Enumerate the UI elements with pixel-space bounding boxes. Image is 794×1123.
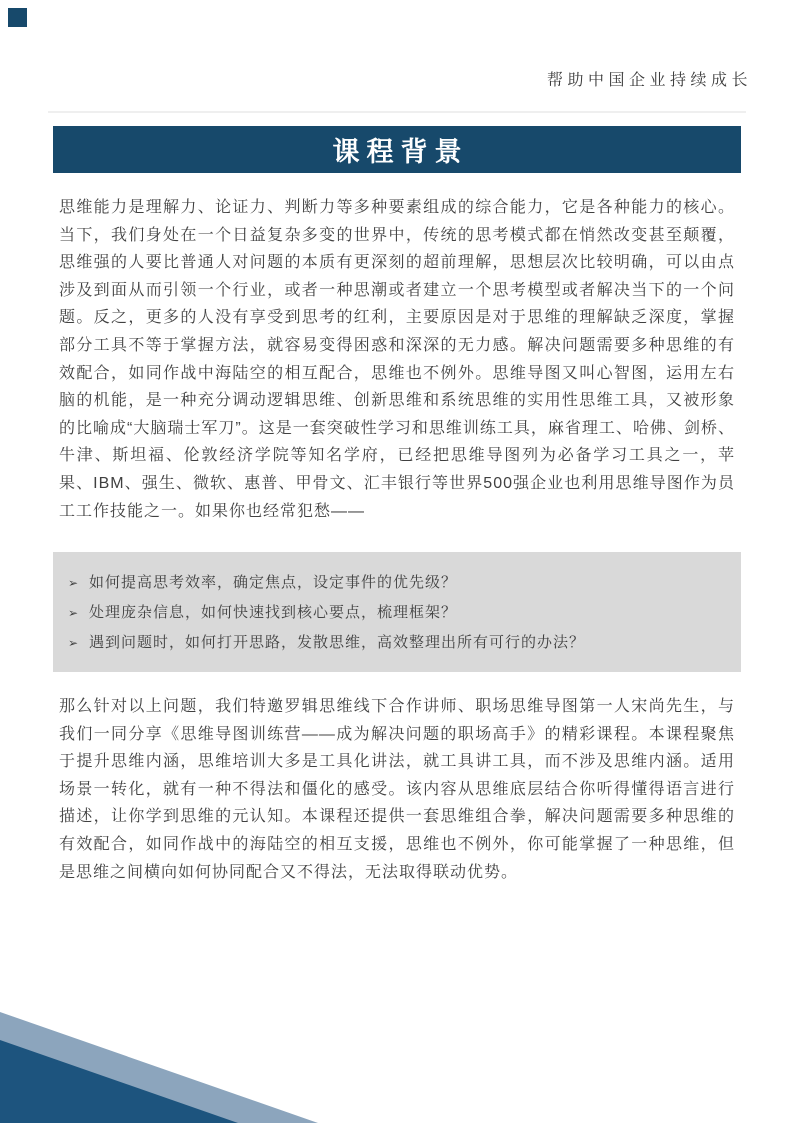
pain-point-row: ➢ 遇到问题时，如何打开思路，发散思维，高效整理出所有可行的办法？	[68, 628, 721, 658]
arrow-bullet-icon: ➢	[68, 598, 89, 628]
document-page: 帮助中国企业持续成长 课程背景 思维能力是理解力、论证力、判断力等多种要素组成的…	[0, 0, 794, 1123]
arrow-bullet-icon: ➢	[68, 628, 89, 658]
closing-paragraph: 那么针对以上问题，我们特邀罗辑思维线下合作讲师、职场思维导图第一人宋尚先生，与我…	[59, 693, 735, 886]
header-divider	[48, 111, 746, 113]
corner-square-decor	[8, 8, 27, 27]
pain-points-panel: ➢ 如何提高思考效率，确定焦点，设定事件的优先级？ ➢ 处理庞杂信息，如何快速找…	[53, 552, 741, 672]
intro-paragraph: 思维能力是理解力、论证力、判断力等多种要素组成的综合能力，它是各种能力的核心。当…	[59, 194, 735, 525]
course-background-banner: 课程背景	[53, 126, 741, 173]
pain-point-row: ➢ 处理庞杂信息，如何快速找到核心要点，梳理框架？	[68, 598, 721, 628]
pain-point-text: 遇到问题时，如何打开思路，发散思维，高效整理出所有可行的办法？	[89, 628, 585, 658]
banner-title: 课程背景	[326, 130, 469, 169]
pain-point-row: ➢ 如何提高思考效率，确定焦点，设定事件的优先级？	[68, 568, 721, 598]
arrow-bullet-icon: ➢	[68, 568, 89, 598]
header-slogan: 帮助中国企业持续成长	[48, 67, 752, 90]
pain-point-text: 处理庞杂信息，如何快速找到核心要点，梳理框架？	[89, 598, 457, 628]
pain-point-text: 如何提高思考效率，确定焦点，设定事件的优先级？	[89, 568, 457, 598]
